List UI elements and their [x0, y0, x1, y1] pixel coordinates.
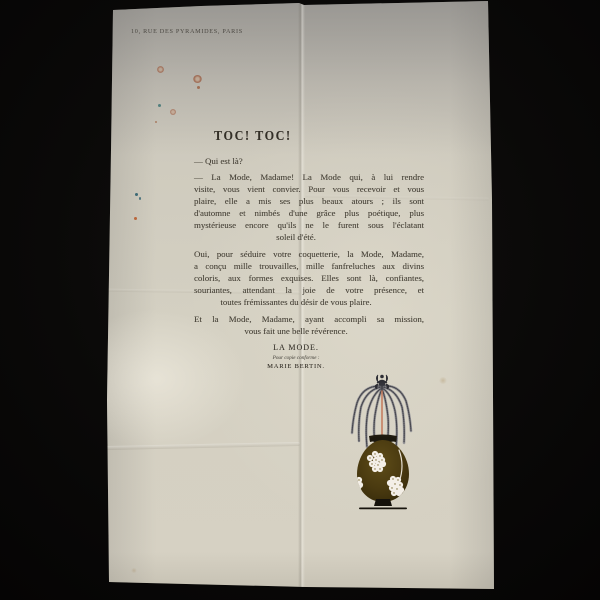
vase-illustration [347, 373, 419, 513]
vase-foot [374, 499, 392, 506]
photo-background: 10, RUE DES PYRAMIDES, PARIS TOC! TOC! —… [0, 0, 600, 600]
signer-name: MARIE BERTIN. [194, 363, 424, 371]
letterhead-address: 10, RUE DES PYRAMIDES, PARIS [131, 28, 243, 35]
foxing-stain [131, 568, 137, 573]
paragraph-line: mystérieuse encore qu'ils ne le furent s… [194, 219, 424, 231]
letter-body: TOC! TOC! — Qui est là? — La Mode, Madam… [194, 128, 424, 371]
document-paper: 10, RUE DES PYRAMIDES, PARIS TOC! TOC! —… [101, 0, 495, 592]
foxing-stain [193, 75, 202, 83]
paragraph-line: d'automne et nimbés d'une grâce plus poé… [194, 207, 424, 219]
paragraph-3: Et la Mode, Madame, ayant accompli sa mi… [194, 313, 424, 337]
paragraph-line: a conçu mille trouvailles, mille fanfrel… [194, 260, 424, 272]
paragraph-line: souriantes, attendant la joie de votre p… [194, 284, 424, 296]
paragraph-line: — La Mode, Madame! La Mode qui, à lui re… [194, 171, 424, 183]
foxing-stain [157, 66, 164, 73]
opening-line: — Qui est là? [194, 155, 424, 167]
ink-speck [158, 104, 161, 107]
paragraph-line: soleil d'été. [194, 231, 424, 243]
paragraph-line: plaire, elle a mis ses plus beaux atours… [194, 195, 424, 207]
foxing-stain [197, 86, 200, 89]
paragraph-1: — La Mode, Madame! La Mode qui, à lui re… [194, 171, 424, 243]
paragraph-line: vous fait une belle révérence. [194, 325, 424, 337]
paragraph-line: coloris, aux formes exquises. Elles sont… [194, 272, 424, 284]
foxing-stain [170, 109, 176, 115]
crease-line [106, 442, 300, 450]
base-line [359, 508, 407, 510]
paragraph-line: Oui, pour séduire votre coquetterie, la … [194, 248, 424, 260]
ink-speck [139, 197, 141, 200]
copy-conform-note: Pour copie conforme : [194, 355, 424, 361]
foxing-stain [439, 377, 447, 384]
paragraph-line: visite, vous vient convier. Pour vous re… [194, 183, 424, 195]
document-title: TOC! TOC! [214, 128, 403, 143]
paragraph-2: Oui, pour séduire votre coquetterie, la … [194, 248, 424, 308]
paragraph-line: Et la Mode, Madame, ayant accompli sa mi… [194, 313, 424, 325]
paragraph-line: toutes frémissantes du désir de vous pla… [194, 296, 424, 308]
signature-name: LA MODE. [194, 343, 424, 353]
ink-speck [135, 193, 138, 196]
ink-speck [134, 217, 137, 220]
foxing-stain [155, 121, 157, 123]
